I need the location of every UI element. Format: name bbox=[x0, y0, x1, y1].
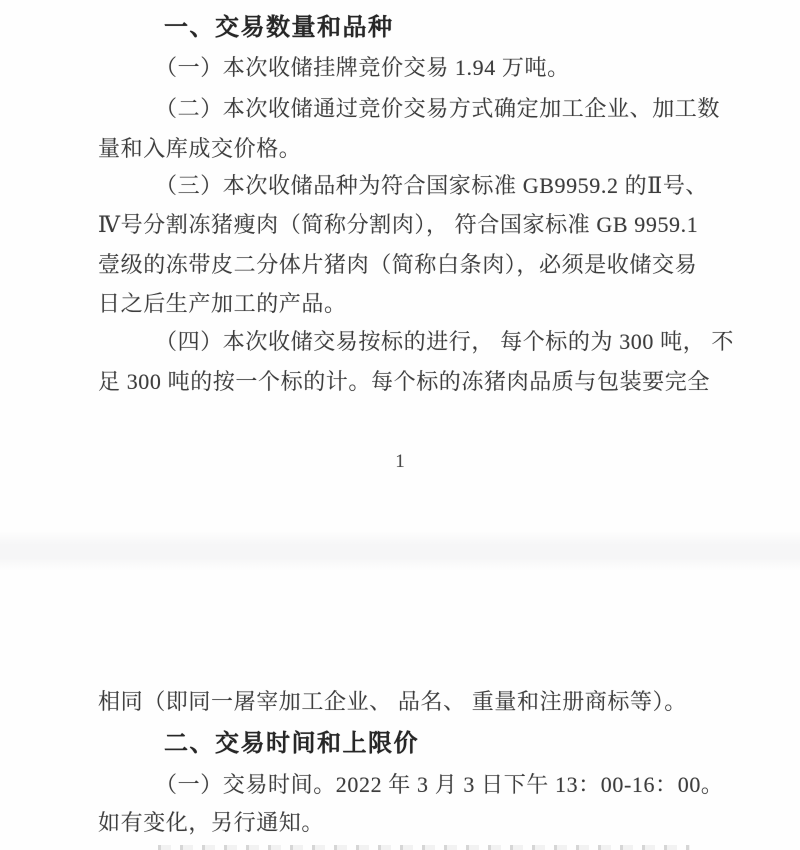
paragraph-3-line-1: （三）本次收储品种为符合国家标准 GB9959.2 的Ⅱ号、 bbox=[155, 170, 708, 202]
paragraph-1-line-1: （一）本次收储挂牌竞价交易 1.94 万吨。 bbox=[155, 52, 570, 84]
section-heading-time-price-cap: 二、交易时间和上限价 bbox=[164, 728, 419, 760]
paragraph-4-line-1: （四）本次收储交易按标的进行， 每个标的为 300 吨， 不 bbox=[155, 326, 734, 358]
paragraph-3-line-3: 壹级的冻带皮二分体片猪肉（简称白条肉），必须是收储交易 bbox=[98, 249, 697, 281]
page-number: 1 bbox=[0, 451, 800, 473]
paragraph-4-line-2: 足 300 吨的按一个标的计。每个标的冻猪肉品质与包装要完全 bbox=[98, 366, 710, 398]
document-page-1: 一、交易数量和品种 （一）本次收储挂牌竞价交易 1.94 万吨。 （二）本次收储… bbox=[0, 0, 800, 537]
paragraph-4-line-3: 相同（即同一屠宰加工企业、 品名、 重量和注册商标等）。 bbox=[98, 686, 687, 718]
paragraph-2-line-1: （二）本次收储通过竞价交易方式确定加工企业、加工数 bbox=[155, 93, 720, 125]
paragraph-2-line-2: 量和入库成交价格。 bbox=[98, 133, 301, 165]
document-viewer: 一、交易数量和品种 （一）本次收储挂牌竞价交易 1.94 万吨。 （二）本次收储… bbox=[0, 0, 800, 850]
paragraph-3-line-4: 日之后生产加工的产品。 bbox=[98, 288, 347, 320]
paragraph-5-line-2: 如有变化，另行通知。 bbox=[98, 807, 324, 839]
paragraph-3-line-2: Ⅳ号分割冻猪瘦肉（简称分割肉）， 符合国家标准 GB 9959.1 bbox=[98, 209, 698, 241]
clipped-text-line bbox=[158, 845, 690, 850]
section-heading-quantity-varieties: 一、交易数量和品种 bbox=[164, 12, 394, 44]
document-page-2: 相同（即同一屠宰加工企业、 品名、 重量和注册商标等）。 二、交易时间和上限价 … bbox=[0, 568, 800, 850]
page-separator bbox=[0, 531, 800, 571]
paragraph-5-line-1: （一）交易时间。2022 年 3 月 3 日下午 13：00-16：00。 bbox=[155, 769, 724, 801]
